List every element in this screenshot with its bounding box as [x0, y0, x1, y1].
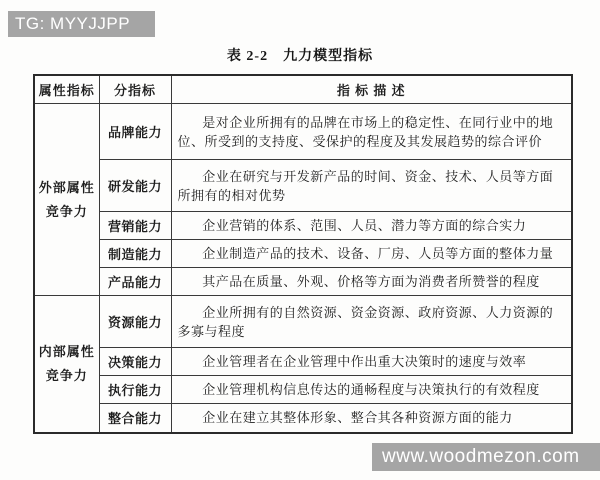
- table-row: 制造能力 企业制造产品的技术、设备、厂房、人员等方面的整体力量: [34, 240, 572, 268]
- group-label-line: 竞争力: [35, 200, 99, 224]
- description-marketing: 企业营销的体系、范围、人员、潜力等方面的综合实力: [171, 212, 572, 240]
- header-sub-indicator: 分指标: [99, 75, 171, 104]
- header-indicator-description: 指 标 描 述: [171, 75, 572, 104]
- description-resource: 企业所拥有的自然资源、资金资源、政府资源、人力资源的多寡与程度: [171, 296, 572, 348]
- indicator-execution: 执行能力: [99, 376, 171, 404]
- header-attribute-indicator: 属性指标: [34, 75, 99, 104]
- description-integration: 企业在建立其整体形象、整合其各种资源方面的能力: [171, 404, 572, 433]
- table-row: 执行能力 企业管理机构信息传达的通畅程度与决策执行的有效程度: [34, 376, 572, 404]
- group-internal-attributes: 内部属性 竞争力: [34, 296, 99, 433]
- description-execution: 企业管理机构信息传达的通畅程度与决策执行的有效程度: [171, 376, 572, 404]
- indicator-resource: 资源能力: [99, 296, 171, 348]
- indicator-manufacturing: 制造能力: [99, 240, 171, 268]
- telegram-watermark-banner: TG: MYYJJPP: [8, 11, 155, 37]
- table-row: 产品能力 其产品在质量、外观、价格等方面为消费者所赞誉的程度: [34, 268, 572, 296]
- description-manufacturing: 企业制造产品的技术、设备、厂房、人员等方面的整体力量: [171, 240, 572, 268]
- indicator-rd: 研发能力: [99, 160, 171, 212]
- website-watermark-banner: www.woodmezon.com: [372, 443, 600, 471]
- table-row: 研发能力 企业在研究与开发新产品的时间、资金、技术、人员等方面所拥有的相对优势: [34, 160, 572, 212]
- scanned-page: TG: MYYJJPP 表 2-2 九力模型指标 属性指标 分指标 指 标 描 …: [0, 0, 600, 480]
- indicator-brand: 品牌能力: [99, 104, 171, 160]
- indicator-decision: 决策能力: [99, 348, 171, 376]
- indicator-product: 产品能力: [99, 268, 171, 296]
- table-row: 外部属性 竞争力 品牌能力 是对企业所拥有的品牌在市场上的稳定性、在同行业中的地…: [34, 104, 572, 160]
- description-decision: 企业管理者在企业管理中作出重大决策时的速度与效率: [171, 348, 572, 376]
- table-row: 内部属性 竞争力 资源能力 企业所拥有的自然资源、资金资源、政府资源、人力资源的…: [34, 296, 572, 348]
- group-label-line: 内部属性: [35, 340, 99, 364]
- nine-force-model-table: 属性指标 分指标 指 标 描 述 外部属性 竞争力 品牌能力 是对企业所拥有的品…: [33, 74, 573, 434]
- table-row: 整合能力 企业在建立其整体形象、整合其各种资源方面的能力: [34, 404, 572, 433]
- table-row: 营销能力 企业营销的体系、范围、人员、潜力等方面的综合实力: [34, 212, 572, 240]
- description-rd: 企业在研究与开发新产品的时间、资金、技术、人员等方面所拥有的相对优势: [171, 160, 572, 212]
- table-row: 决策能力 企业管理者在企业管理中作出重大决策时的速度与效率: [34, 348, 572, 376]
- table-title: 表 2-2 九力模型指标: [0, 45, 600, 65]
- group-label-line: 竞争力: [35, 364, 99, 388]
- description-brand: 是对企业所拥有的品牌在市场上的稳定性、在同行业中的地位、所受到的支持度、受保护的…: [171, 104, 572, 160]
- indicator-integration: 整合能力: [99, 404, 171, 433]
- group-label-line: 外部属性: [35, 176, 99, 200]
- group-external-attributes: 外部属性 竞争力: [34, 104, 99, 296]
- indicator-marketing: 营销能力: [99, 212, 171, 240]
- table-header-row: 属性指标 分指标 指 标 描 述: [34, 75, 572, 104]
- description-product: 其产品在质量、外观、价格等方面为消费者所赞誉的程度: [171, 268, 572, 296]
